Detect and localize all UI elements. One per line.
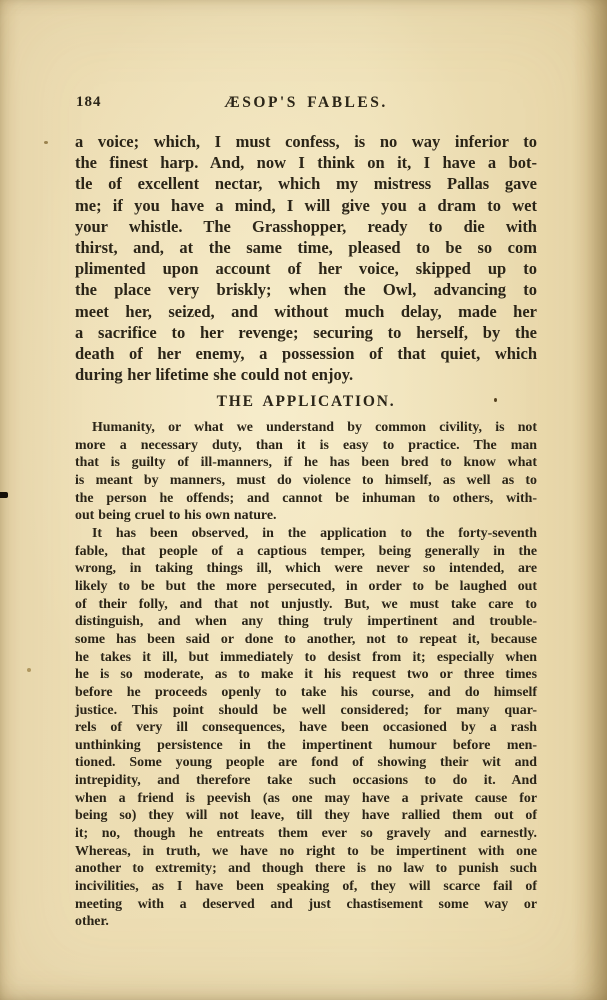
text-line: when a friend is peevish (as one may hav… (75, 790, 537, 808)
text-line: another to extremity; and though there i… (75, 860, 537, 878)
ink-speck (44, 141, 48, 144)
fable-conclusion-paragraph: a voice; which, I must confess, is no wa… (75, 131, 537, 385)
text-line: that is guilty of ill-manners, if he has… (75, 454, 537, 472)
text-line: death of her enemy, a possession of that… (75, 343, 537, 364)
text-line: thirst, and, at the same time, pleased t… (75, 237, 537, 258)
application-heading: THE APPLICATION. (75, 392, 537, 411)
text-line: the person he offends; and cannot be inh… (75, 490, 537, 508)
application-paragraph-2: It has been observed, in the application… (75, 525, 537, 931)
text-line: a voice; which, I must confess, is no wa… (75, 131, 537, 152)
ink-speck (27, 668, 31, 672)
text-line: other. (75, 913, 537, 931)
text-line: unthinking persistence in the impertinen… (75, 737, 537, 755)
text-line: fable, that people of a captious temper,… (75, 543, 537, 561)
ink-speck (494, 398, 497, 402)
text-line: rels of very ill consequences, have been… (75, 719, 537, 737)
text-line: distinguish, and when any thing truly im… (75, 613, 537, 631)
text-line: Whereas, in truth, we have no right to b… (75, 843, 537, 861)
text-line: me; if you have a mind, I will give you … (75, 195, 537, 216)
text-line: is meant by manners, must do violence to… (75, 472, 537, 490)
text-line: wrong, in taking things ill, which were … (75, 560, 537, 578)
text-line: meet her, seized, and without much delay… (75, 301, 537, 322)
text-line: likely to be but the more persecuted, in… (75, 578, 537, 596)
text-line: he takes it ill, but immediately to desi… (75, 649, 537, 667)
text-line: during her lifetime she could not enjoy. (75, 364, 537, 385)
text-line: meeting with a deserved and just chastis… (75, 896, 537, 914)
ink-blot-left-edge (0, 492, 8, 498)
text-line: incivilities, as I have been speaking of… (75, 878, 537, 896)
text-line: out being cruel to his own nature. (75, 507, 537, 525)
text-line: intrepidity, and therefore take such occ… (75, 772, 537, 790)
text-line: It has been observed, in the application… (75, 525, 537, 543)
text-line: justice. This point should be well consi… (75, 702, 537, 720)
text-line: some has been said or done to another, n… (75, 631, 537, 649)
running-title: ÆSOP'S FABLES. (75, 94, 537, 112)
text-line: being so) they will not leave, till they… (75, 807, 537, 825)
text-line: of their folly, and that not unjustly. B… (75, 596, 537, 614)
text-line: the finest harp. And, now I think on it,… (75, 152, 537, 173)
text-line: it; no, though he entreats them ever so … (75, 825, 537, 843)
text-line: plimented upon account of her voice, ski… (75, 258, 537, 279)
application-section: Humanity, or what we understand by commo… (75, 419, 537, 931)
text-line: the place very briskly; when the Owl, ad… (75, 279, 537, 300)
text-line: your whistle. The Grasshopper, ready to … (75, 216, 537, 237)
text-line: more a necessary duty, than it is easy t… (75, 437, 537, 455)
page-header: 184 ÆSOP'S FABLES. (75, 94, 537, 116)
text-line: tle of excellent nectar, which my mistre… (75, 173, 537, 194)
text-line: before he proceeds openly to take his co… (75, 684, 537, 702)
text-line: Humanity, or what we understand by commo… (75, 419, 537, 437)
book-page-scan: 184 ÆSOP'S FABLES. a voice; which, I mus… (0, 0, 607, 1000)
text-line: tioned. Some young people are fond of sh… (75, 754, 537, 772)
text-line: he is so moderate, as to make it his req… (75, 666, 537, 684)
text-line: a sacrifice to her revenge; securing to … (75, 322, 537, 343)
application-paragraph-1: Humanity, or what we understand by commo… (75, 419, 537, 525)
